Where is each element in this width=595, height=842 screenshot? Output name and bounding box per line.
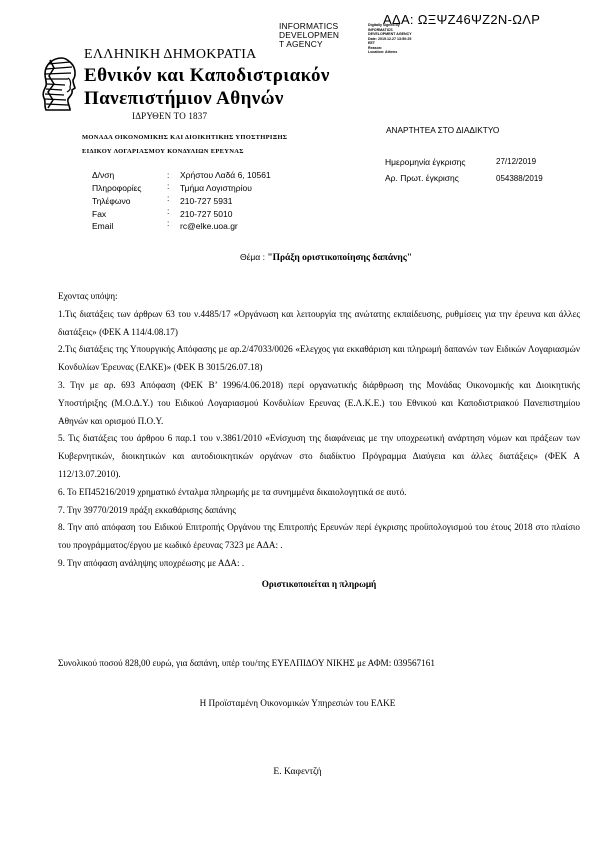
body-item: 8. Την από απόφαση του Ειδικού Επιτροπής… bbox=[58, 519, 580, 555]
payment-total: Συνολικού ποσού 828,00 ευρώ, για δαπάνη,… bbox=[58, 654, 580, 672]
contact-phone-value: 210-727 5931 bbox=[180, 196, 232, 206]
decision-heading: Οριστικοποιείται η πληρωμή bbox=[58, 576, 580, 594]
body-item: 3. Την με αρ. 693 Απόφαση (ΦΕΚ Β’ 1996/4… bbox=[58, 377, 580, 430]
stamp-line: T AGENCY bbox=[279, 40, 339, 49]
post-online-label: ΑΝΑΡΤΗΤΕΑ ΣΤΟ ΔΙΑΔΙΚΤΥΟ bbox=[386, 125, 499, 135]
signer-title: Η Προϊσταμένη Οικονομικών Υπηρεσιών του … bbox=[0, 698, 595, 708]
approval-date-value: 27/12/2019 bbox=[496, 157, 536, 166]
founded-label: ΙΔΡΥΘΕΝ ΤΟ 1837 bbox=[132, 111, 207, 121]
signature-stamp-details: Digitally signed by INFORMATICS DEVELOPM… bbox=[368, 23, 412, 55]
subject-title: "Πράξη οριστικοποίησης δαπάνης" bbox=[267, 253, 412, 263]
signature-stamp-label: INFORMATICS DEVELOPMEN T AGENCY bbox=[279, 22, 339, 49]
document-body: Εχοντας υπόψη: 1.Τις διατάξεις των άρθρω… bbox=[58, 288, 580, 618]
body-item: 5. Τις διατάξεις του άρθρου 6 παρ.1 του … bbox=[58, 430, 580, 483]
contact-info-value: Τμήμα Λογιστηρίου bbox=[180, 183, 252, 193]
athena-logo-icon bbox=[40, 56, 78, 112]
stamp-detail-line: DEVELOPMENT AGENCY bbox=[368, 32, 412, 37]
approval-protocol-label: Αρ. Πρωτ. έγκρισης bbox=[385, 173, 459, 183]
subject-line: Θέμα : "Πράξη οριστικοποίησης δαπάνης" bbox=[240, 252, 412, 263]
body-intro: Εχοντας υπόψη: bbox=[58, 288, 580, 306]
contact-separator: : bbox=[167, 193, 169, 203]
contact-info-label: Πληροφορίες bbox=[92, 183, 142, 193]
body-item: 7. Την 39770/2019 πράξη εκκαθάρισης δαπά… bbox=[58, 502, 580, 520]
approval-date-label: Ημερομηνία έγκρισης bbox=[385, 157, 466, 167]
university-name-line2: Πανεπιστήμιον Αθηνών bbox=[84, 88, 284, 110]
contact-separator: : bbox=[167, 181, 169, 191]
contact-separator: : bbox=[167, 170, 169, 180]
university-name-line1: Εθνικόν και Καποδιστριακόν bbox=[84, 65, 330, 87]
republic-label: ΕΛΛΗΝΙΚΗ ΔΗΜΟΚΡΑΤΙΑ bbox=[84, 47, 257, 63]
contact-email-label: Email bbox=[92, 221, 113, 231]
signer-name: Ε. Καφεντζή bbox=[0, 767, 595, 777]
approval-protocol-value: 054388/2019 bbox=[496, 174, 543, 183]
body-item: 6. Το ΕΠ45216/2019 χρηματικό ένταλμα πλη… bbox=[58, 484, 580, 502]
contact-fax-value: 210-727 5010 bbox=[180, 209, 232, 219]
unit-name-line1: ΜΟΝΑΔΑ ΟΙΚΟΝΟΜΙΚΗΣ ΚΑΙ ΔΙΟΙΚΗΤΙΚΗΣ ΥΠΟΣΤ… bbox=[82, 134, 287, 141]
stamp-detail-line: Location: Athens bbox=[368, 50, 412, 55]
contact-separator: : bbox=[167, 218, 169, 228]
contact-separator: : bbox=[167, 206, 169, 216]
contact-phone-label: Τηλέφωνο bbox=[92, 196, 130, 206]
body-item: 1.Τις διατάξεις των άρθρων 63 του ν.4485… bbox=[58, 306, 580, 342]
contact-address-value: Χρήστου Λαδά 6, 10561 bbox=[180, 170, 271, 180]
contact-fax-label: Fax bbox=[92, 209, 106, 219]
body-item: 9. Την απόφαση ανάληψης υποχρέωσης με ΑΔ… bbox=[58, 555, 580, 573]
subject-label: Θέμα : bbox=[240, 252, 267, 262]
unit-name-line2: ΕΙΔΙΚΟΥ ΛΟΓΑΡΙΑΣΜΟΥ ΚΟΝΔΥΛΙΩΝ ΕΡΕΥΝΑΣ bbox=[82, 148, 244, 155]
body-item: 2.Τις διατάξεις της Υπουργικής Απόφασης … bbox=[58, 341, 580, 377]
contact-email-value[interactable]: rc@elke.uoa.gr bbox=[180, 221, 238, 231]
contact-address-label: Δ/νση bbox=[92, 170, 114, 180]
